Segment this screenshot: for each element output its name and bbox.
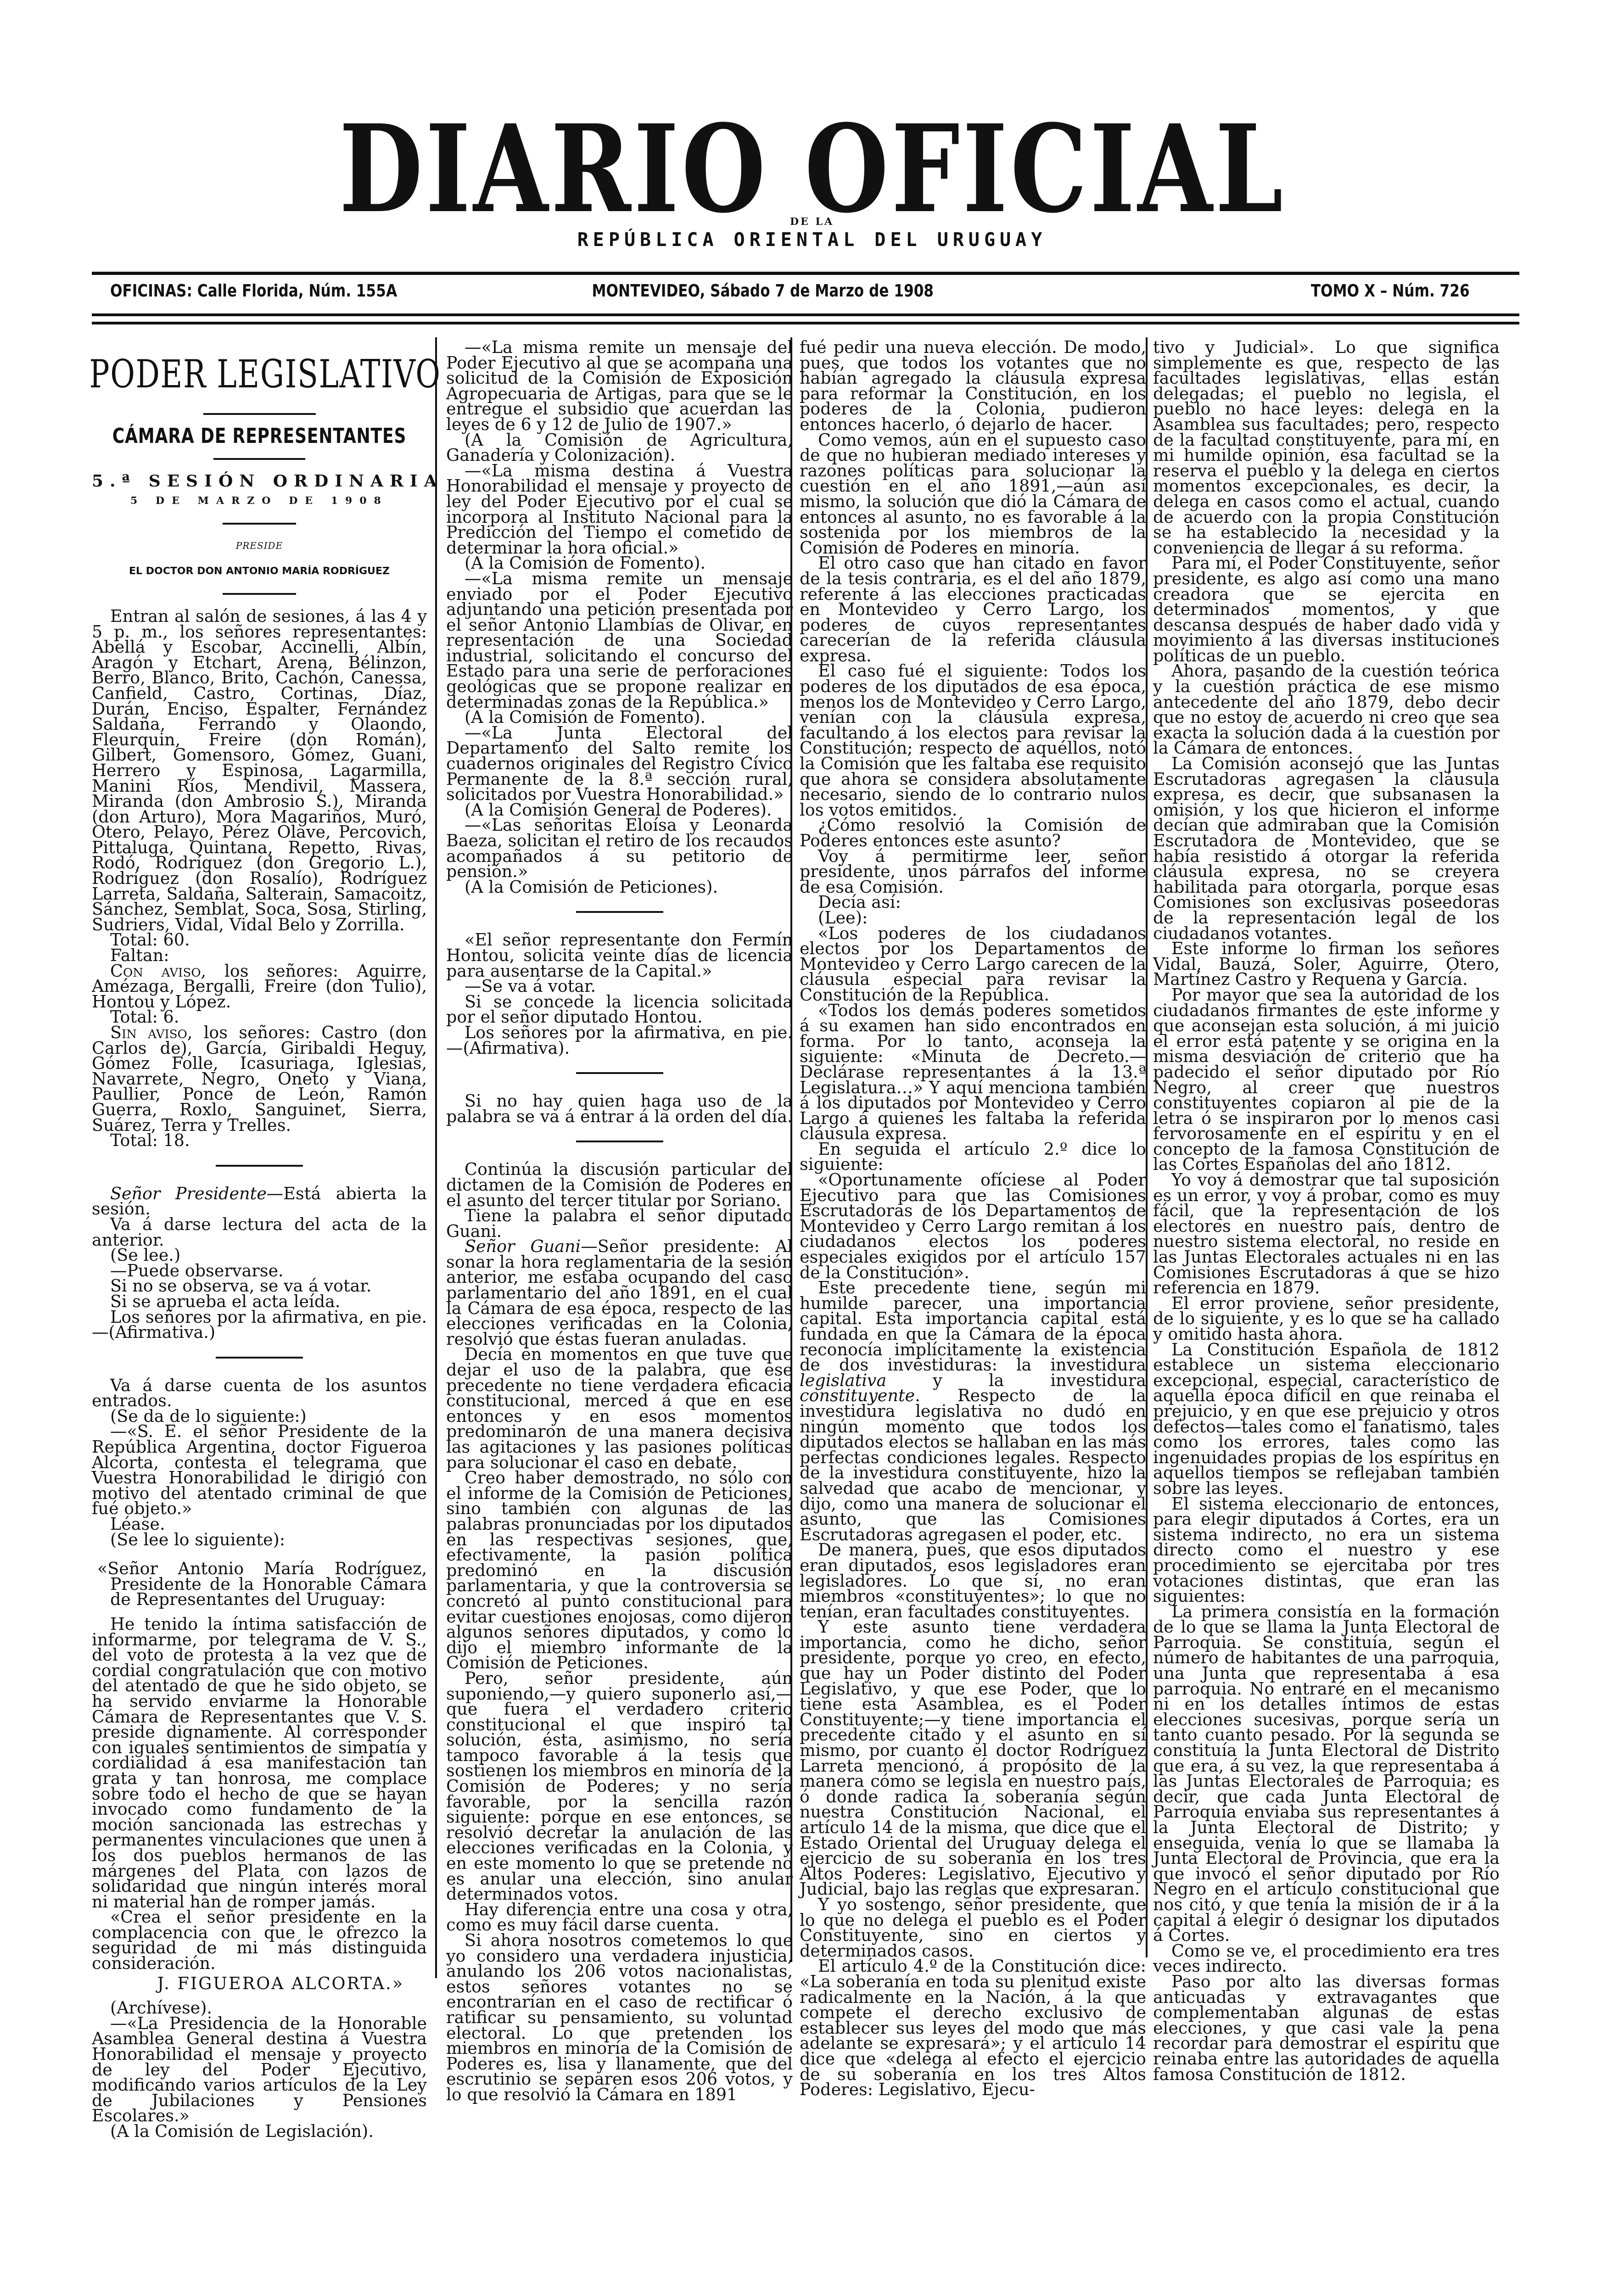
paragraph: —«La misma remite un mensaje del Poder E… xyxy=(446,340,793,432)
newspaper-title: DIARIO OFICIAL xyxy=(294,115,1331,224)
paragraph: Los señores por la afirmativa, en pie.—(… xyxy=(92,1309,427,1340)
paragraph: Pero, señor presidente, aún suponiendo,—… xyxy=(446,1671,793,1902)
paragraph: El otro caso que han citado en favor de … xyxy=(800,555,1146,663)
paragraph: Ahora, pasando de la cuestión teórica y … xyxy=(1153,663,1500,756)
column-3: fué pedir una nueva elección. De modo, p… xyxy=(800,340,1146,2097)
paragraph: Y yo sostengo, señor presidente, que lo … xyxy=(800,1897,1146,1958)
separator xyxy=(216,1357,303,1359)
masthead-rule xyxy=(92,272,1519,275)
paragraph: Si no hay quien haga uso de la palabra s… xyxy=(446,1093,793,1124)
paragraph: —«La Junta Electoral del Departamento de… xyxy=(446,725,793,802)
paragraph: Yo voy á demostrar que tal suposición es… xyxy=(1153,1172,1500,1296)
text: . Respecto de la investidura legislativa… xyxy=(800,1386,1146,1544)
paragraph: El caso fué el siguiente: Todos los pode… xyxy=(800,663,1146,817)
rule xyxy=(223,523,296,525)
paragraph: ¿Cómo resolvió la Comisión de Poderes en… xyxy=(800,817,1146,848)
session-date: 5 DE MARZO DE 1908 xyxy=(92,493,427,509)
paragraph: (A la Comisión de Agricultura, Ganadería… xyxy=(446,432,793,463)
paragraph: «El señor representante don Fermín Honto… xyxy=(446,932,793,979)
column-2: —«La misma remite un mensaje del Poder E… xyxy=(446,340,793,2103)
paragraph: Los señores por la afirmativa, en pie.—(… xyxy=(446,1025,793,1056)
paragraph: —«La misma remite un mensaje enviado por… xyxy=(446,571,793,710)
paragraph: Hay diferencia entre una cosa y otra, co… xyxy=(446,1902,793,1933)
text: —Señor presidente: Al sonar la hora regl… xyxy=(446,1236,793,1349)
paragraph: Tiene la palabra el señor diputado Guani… xyxy=(446,1208,793,1239)
paragraph: Como vemos, aún en el supuesto caso de q… xyxy=(800,432,1146,556)
paragraph: (Se lee lo siguiente): xyxy=(92,1532,427,1548)
info-bar: OFICINAS: Calle Florida, Núm. 155A MONTE… xyxy=(110,278,1262,305)
paragraph: Por mayor que sea la autoridad de los ci… xyxy=(1153,987,1500,1172)
presiding-officer: EL DOCTOR DON ANTONIO MARÍA RODRÍGUEZ xyxy=(92,564,427,579)
paragraph: «Los poderes de los ciudadanos electos p… xyxy=(800,926,1146,1003)
paragraph: La Comisión aconsejó que las Juntas Escr… xyxy=(1153,756,1500,941)
separator xyxy=(216,1165,303,1167)
paragraph: —«La Presidencia de la Honorable Asamble… xyxy=(92,2016,427,2124)
paragraph: El sistema eleccionario de entonces, par… xyxy=(1153,1496,1500,1604)
chamber-title: CÁMARA DE REPRESENTANTES xyxy=(100,429,420,444)
paragraph: Para mí, el Poder Constituyente, señor p… xyxy=(1153,555,1500,663)
paragraph: El artículo 4.º de la Constitución dice:… xyxy=(800,1958,1146,2097)
paragraph: De manera, pues, que esos diputados eran… xyxy=(800,1542,1146,1619)
paragraph: Si se concede la licencia solicitada por… xyxy=(446,994,793,1025)
paragraph: tivo y Judicial». Lo que significa simpl… xyxy=(1153,340,1500,555)
column-4: tivo y Judicial». Lo que significa simpl… xyxy=(1153,340,1500,2082)
paragraph: Este informe lo firman los señores Vidal… xyxy=(1153,941,1500,987)
letter-signature: J. FIGUEROA ALCORTA.» xyxy=(92,1976,427,1991)
preside-label: PRESIDE xyxy=(92,538,427,554)
paragraph: El error proviene, señor presidente, de … xyxy=(1153,1296,1500,1342)
text: , los señores: Castro (don Carlos de), G… xyxy=(92,1023,427,1135)
paragraph: —«S. E. el señor Presidente de la Repúbl… xyxy=(92,1424,427,1516)
absent-with-notice: Con aviso, los señores: Aguirre, Amézaga… xyxy=(92,963,427,1010)
paragraph: —«La misma destina á Vuestra Honorabilid… xyxy=(446,463,793,556)
paragraph: Voy á permitirme leer, señor presidente,… xyxy=(800,849,1146,895)
paragraph: «Oportunamente ofíciese al Poder Ejecuti… xyxy=(800,1172,1146,1280)
column-1: PODER LEGISLATIVO CÁMARA DE REPRESENTANT… xyxy=(92,340,427,2139)
text: Este precedente tiene, según mi humilde … xyxy=(800,1278,1146,1375)
section-title: PODER LEGISLATIVO xyxy=(90,349,430,399)
offices-address: OFICINAS: Calle Florida, Núm. 155A xyxy=(110,280,397,301)
paragraph: La primera consistía en la formación de … xyxy=(1153,1604,1500,1943)
paragraph: Y este asunto tiene verdadera importanci… xyxy=(800,1619,1146,1897)
separator xyxy=(576,911,663,913)
rule xyxy=(203,413,316,415)
newspaper-subtitle: REPÚBLICA ORIENTAL DEL URUGUAY xyxy=(0,229,1624,251)
letter-salutation: «Señor Antonio María Rodríguez, Presiden… xyxy=(92,1561,427,1607)
paragraph: —«Las señoritas Eloísa y Leonarda Baeza,… xyxy=(446,817,793,879)
dateline: MONTEVIDEO, Sábado 7 de Marzo de 1908 xyxy=(592,280,934,301)
paragraph: Este precedente tiene, según mi humilde … xyxy=(800,1280,1146,1542)
attendance-paragraph: Entran al salón de sesiones, á las 4 y 5… xyxy=(92,609,427,932)
paragraph: Va á darse lectura del acta de la anteri… xyxy=(92,1217,427,1247)
separator xyxy=(576,1072,663,1074)
paragraph: Como se ve, el procedimiento era tres ve… xyxy=(1153,1943,1500,1974)
paragraph: Señor Presidente—Está abierta la sesión. xyxy=(92,1186,427,1217)
paragraph: Va á darse cuenta de los asuntos entrado… xyxy=(92,1378,427,1409)
issue-number: TOMO X – Núm. 726 xyxy=(1311,280,1470,301)
paragraph: Decía en momentos en que tuve que dejar … xyxy=(446,1347,793,1470)
paragraph: Continúa la discusión particular del dic… xyxy=(446,1162,793,1208)
paragraph: «Todos los demás poderes sometidos á su … xyxy=(800,1003,1146,1141)
paragraph: (A la Comisión de Legislación). xyxy=(92,2124,427,2139)
paragraph: Si ahora nosotros cometemos lo que yo co… xyxy=(446,1933,793,2103)
title-connector: DE LA xyxy=(0,216,1624,228)
separator xyxy=(576,1141,663,1142)
paragraph: Paso por alto las diversas formas anticu… xyxy=(1153,1974,1500,2082)
paragraph: (A la Comisión de Peticiones). xyxy=(446,879,793,895)
total-without-notice: Total: 18. xyxy=(92,1133,427,1148)
absent-without-notice: Sin aviso, los señores: Castro (don Carl… xyxy=(92,1025,427,1133)
double-rule-bottom xyxy=(92,322,1519,324)
letter-closing: «Crea el señor presidente en la complace… xyxy=(92,1909,427,1971)
paragraph: Creo haber demostrado, no sólo con el in… xyxy=(446,1470,793,1671)
rule xyxy=(223,593,296,595)
letter-body: He tenido la íntima satisfacción de info… xyxy=(92,1616,427,1909)
double-rule-top xyxy=(92,313,1519,316)
paragraph: fué pedir una nueva elección. De modo, p… xyxy=(800,340,1146,432)
session-title: 5.ª SESIÓN ORDINARIA xyxy=(92,474,427,489)
rule xyxy=(213,458,305,460)
column-divider xyxy=(435,337,437,1978)
paragraph: En seguida el artículo 2.º dice lo sigui… xyxy=(800,1141,1146,1172)
paragraph: Señor Guani—Señor presidente: Al sonar l… xyxy=(446,1239,793,1347)
paragraph: La Constitución Española de 1812 estable… xyxy=(1153,1342,1500,1496)
